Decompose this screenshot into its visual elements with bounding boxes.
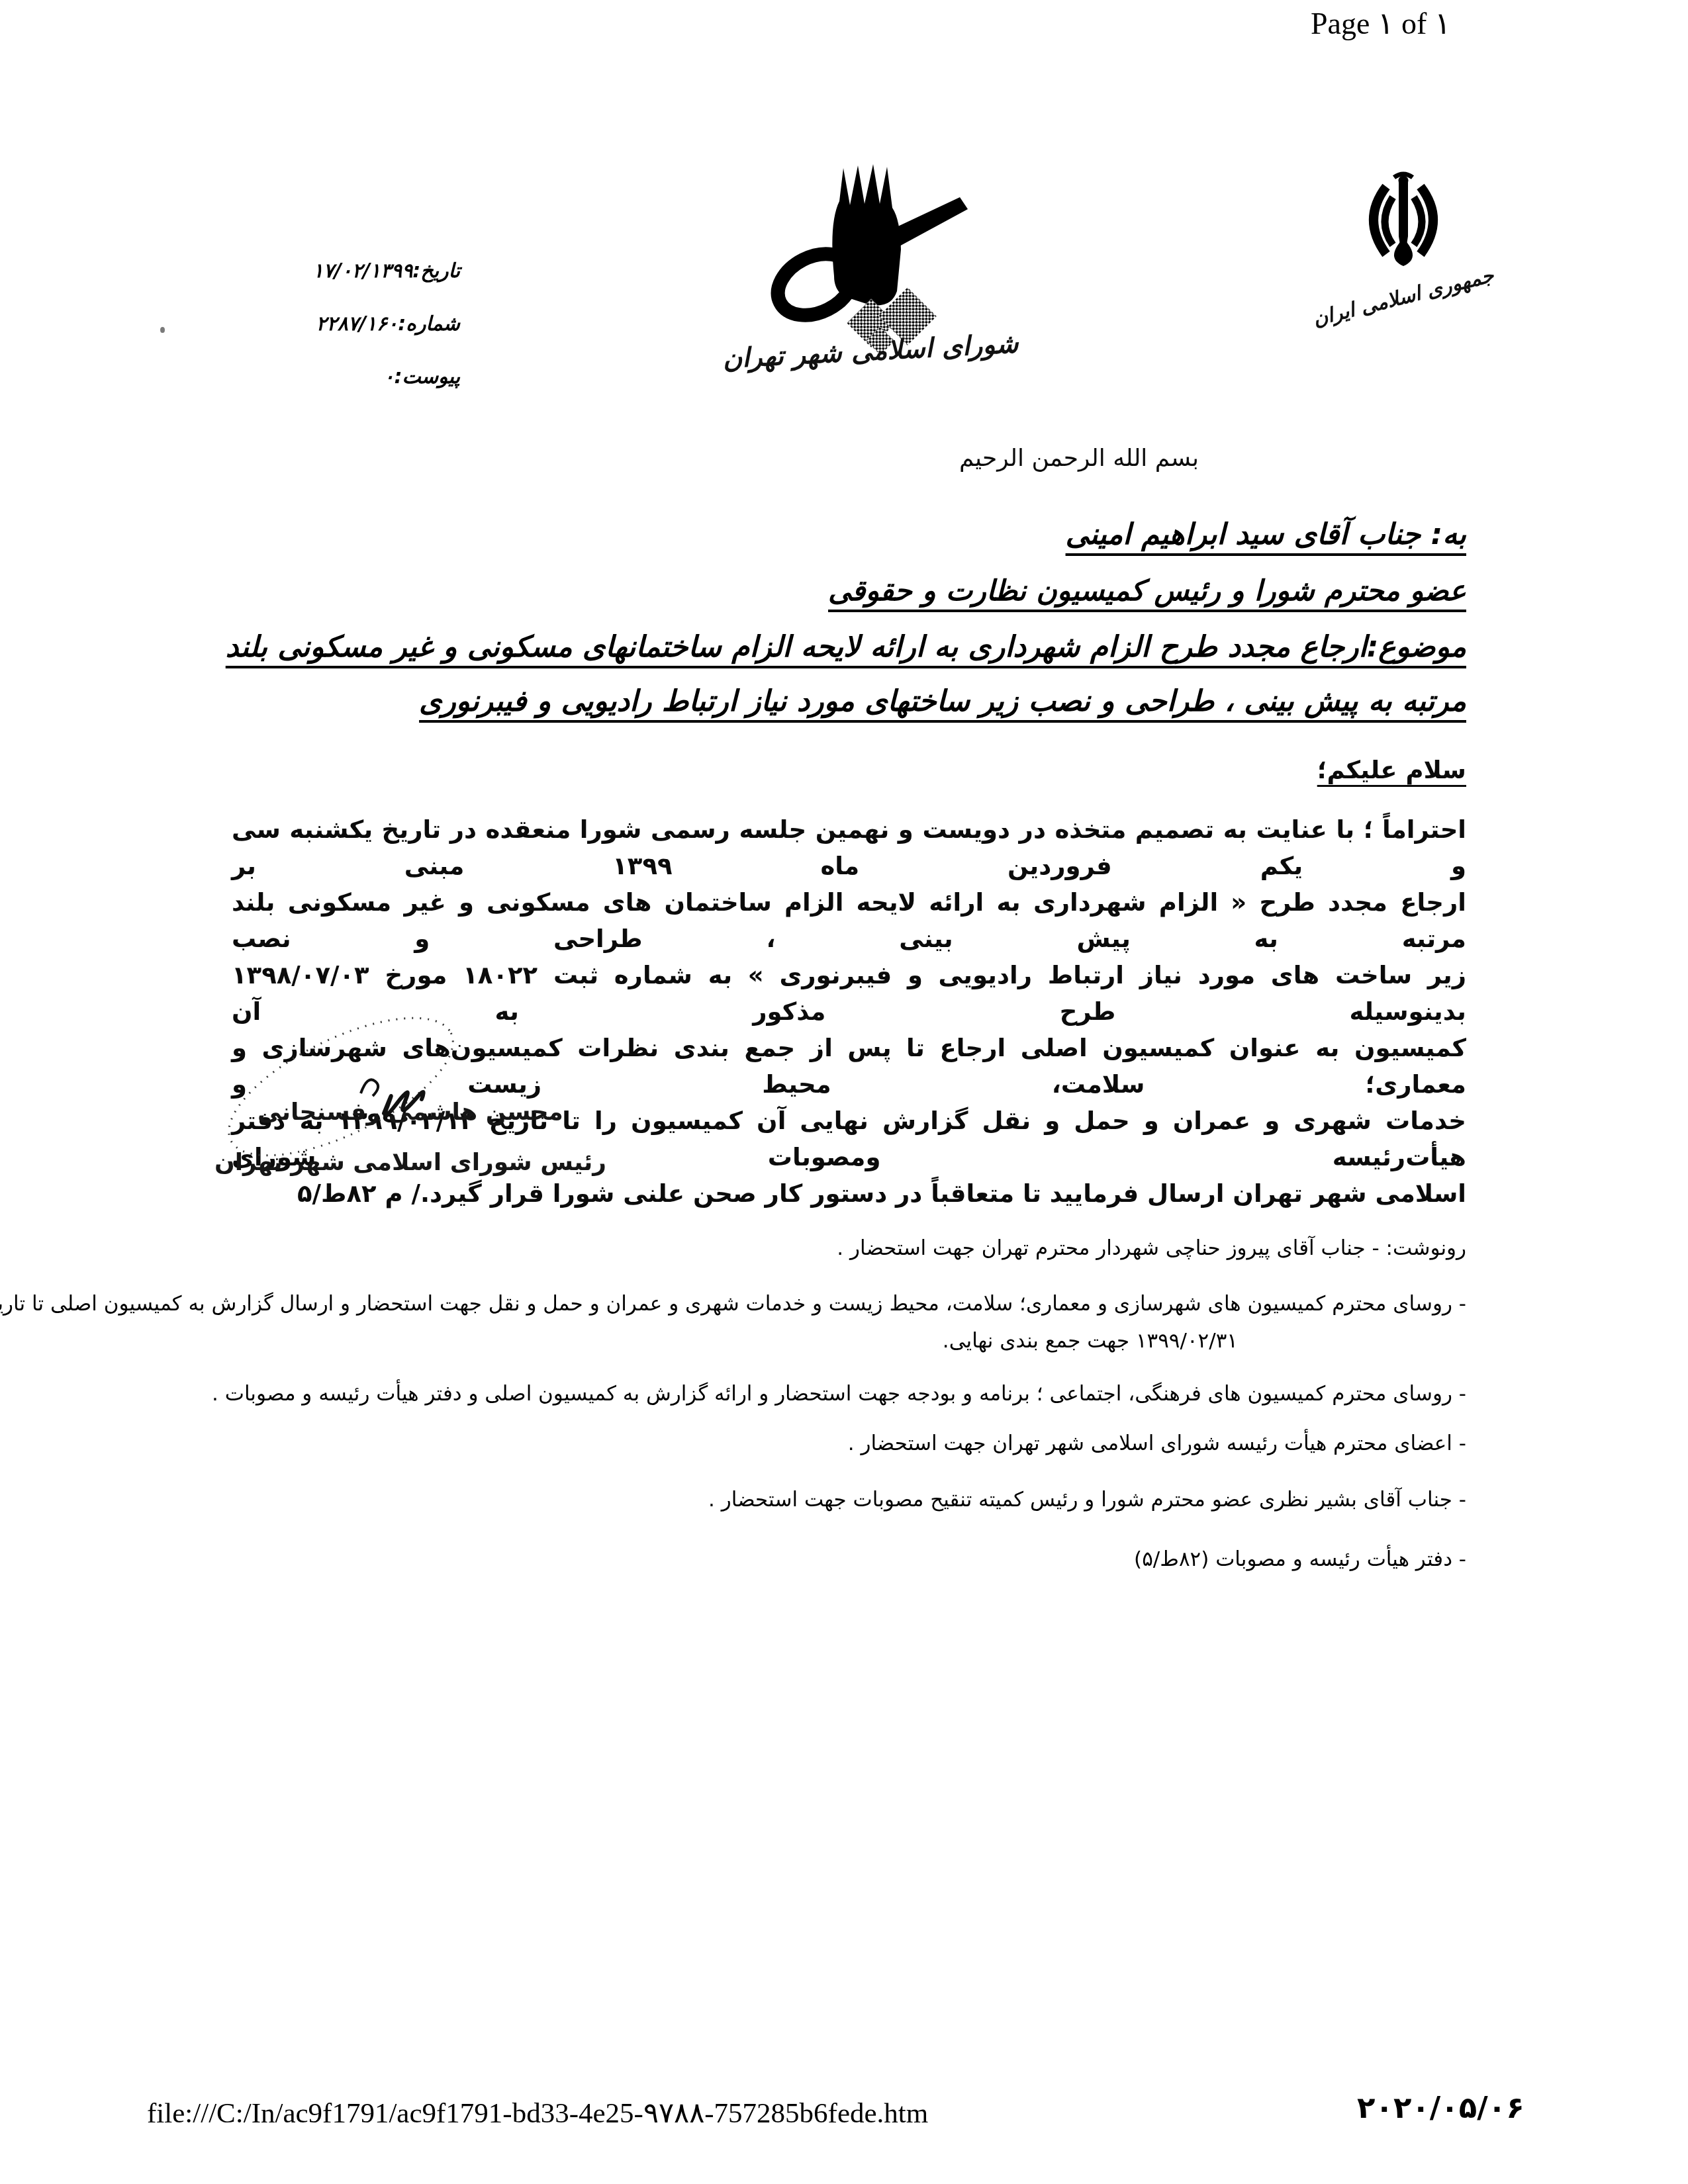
- council-logo-icon: [755, 160, 980, 359]
- letterhead-date: تاریخ:۱۷/۰۲/۱۳۹۹: [232, 259, 460, 283]
- body-line: احتراماً ؛ با عنایت به تصمیم متخذه در دو…: [232, 811, 1466, 884]
- scanned-letter-page: Page ۱ of ۱ شورای اسلامی شهر تهران جمهور…: [0, 0, 1688, 2184]
- scan-speck: [160, 327, 165, 333]
- addressee-position-line: عضو محترم شورا و رئیس کمیسیون نظارت و حق…: [828, 574, 1466, 608]
- subject-line-2: مرتبه به پیش بینی ، طراحی و نصب زیر ساخت…: [419, 684, 1466, 718]
- page-number: Page ۱ of ۱: [1311, 5, 1451, 41]
- cc-line-commissions-1: - روسای محترم کمیسیون های شهرسازی و معما…: [0, 1292, 1466, 1316]
- cc-line-bashir-nazari: - جناب آقای بشیر نظری عضو محترم شورا و ر…: [708, 1488, 1466, 1512]
- iran-emblem-icon: [1344, 167, 1463, 279]
- cc-line-board-office: - دفتر هیأت رئیسه و مصوبات (۸۲ط/۵): [1134, 1547, 1466, 1571]
- letterhead-number: شماره:۲۲۸۷/۱۶۰: [232, 312, 460, 336]
- letterhead-attachment: پیوست:۰: [232, 365, 460, 388]
- bismillah: بسم الله الرحمن الرحیم: [940, 445, 1218, 472]
- addressee-to-line: به: جناب آقای سید ابراهیم امینی: [1066, 518, 1466, 551]
- cc-line-board-members: - اعضای محترم هیأت رئیسه شورای اسلامی شه…: [848, 1432, 1466, 1455]
- cc-line-copy-to: رونوشت: - جناب آقای پیروز حناچی شهردار م…: [837, 1236, 1466, 1260]
- salutation: سلام علیکم؛: [1317, 756, 1466, 784]
- cc-line-commissions-1-cont: ۱۳۹۹/۰۲/۳۱ جهت جمع بندی نهایی.: [943, 1329, 1238, 1353]
- signature-scribble-icon: [192, 1014, 503, 1169]
- footer-file-path: file:///C:/In/ac9f1791/ac9f1791-bd33-4e2…: [147, 2097, 928, 2130]
- signature-title: رئیس شورای اسلامی شهر تهران: [212, 1149, 609, 1176]
- footer-date: ۲۰۲۰/۰۵/۰۶: [1357, 2090, 1524, 2125]
- body-line: ارجاع مجدد طرح « الزام شهرداری به ارائه …: [232, 884, 1466, 957]
- subject-line-1: موضوع:ارجاع مجدد طرح الزام شهرداری به ار…: [226, 630, 1466, 664]
- cc-line-commissions-2: - روسای محترم کمیسیون های فرهنگی، اجتماع…: [212, 1382, 1466, 1406]
- signature-name: محسن هاشمی رفسنجانی: [212, 1099, 609, 1126]
- body-line: اسلامی شهر تهران ارسال فرمایید تا متعاقب…: [232, 1175, 1466, 1212]
